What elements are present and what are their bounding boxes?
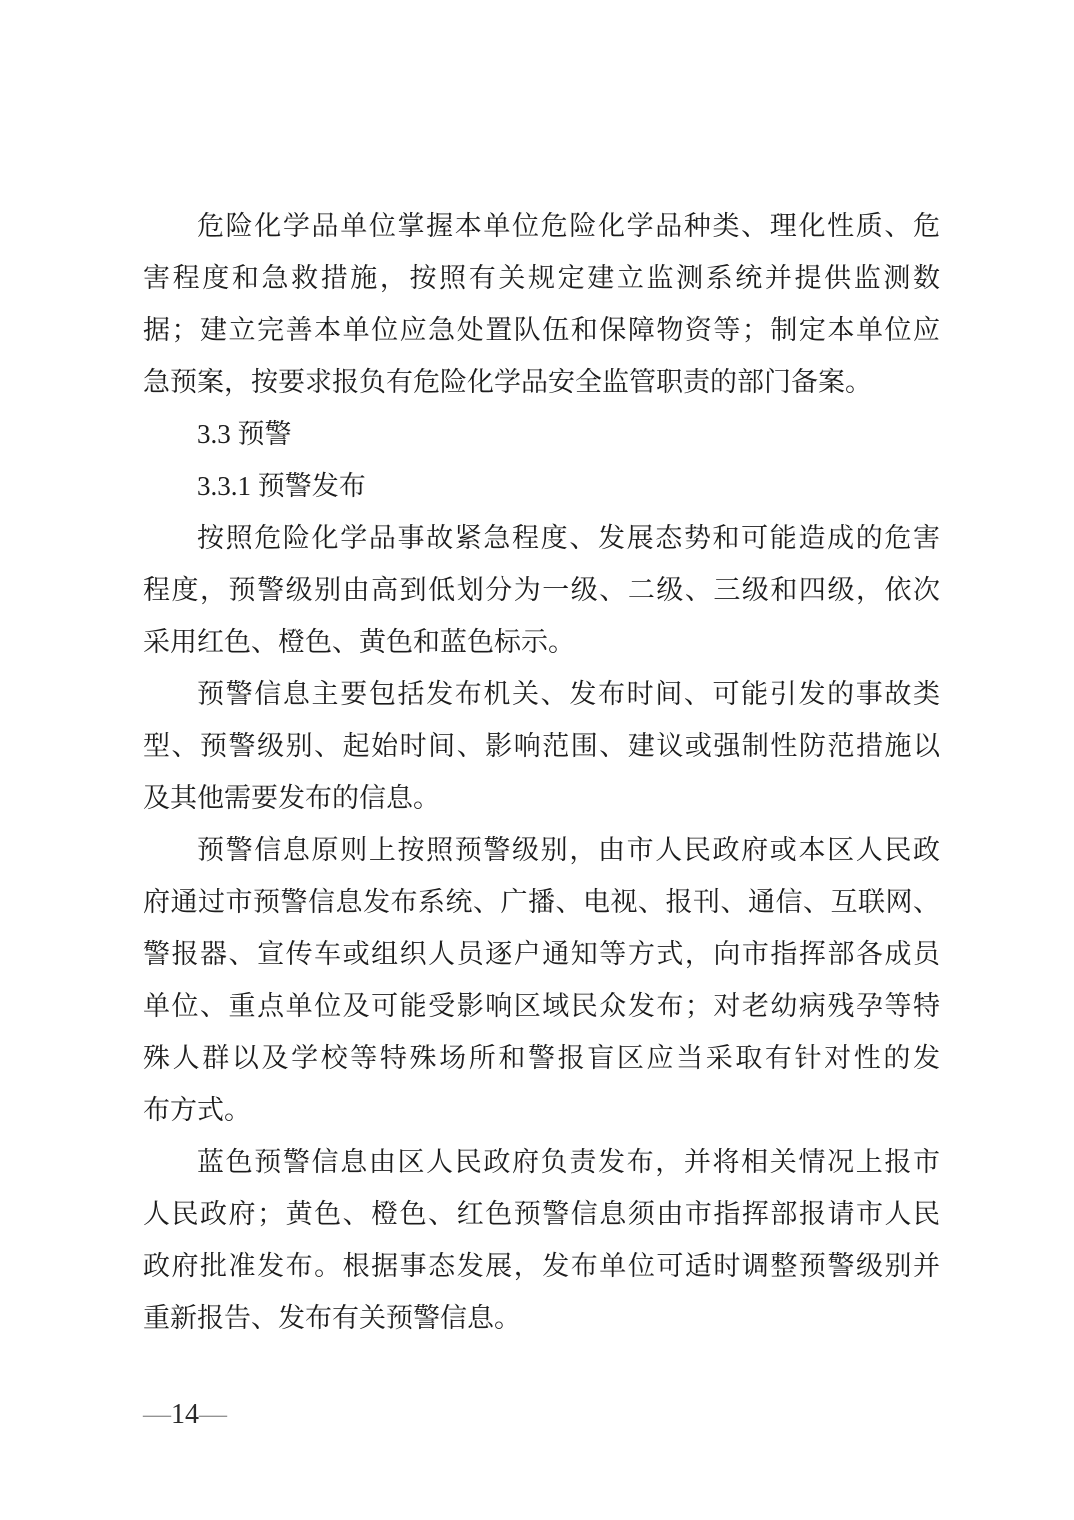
text-line: 害程度和急救措施，按照有关规定建立监测系统并提供监测数 bbox=[143, 252, 940, 304]
page-number-dash-right: — bbox=[199, 1399, 227, 1430]
text-line: 急预案，按要求报负有危险化学品安全监管职责的部门备案。 bbox=[143, 356, 940, 408]
text-line: 据；建立完善本单位应急处置队伍和保障物资等；制定本单位应 bbox=[143, 304, 940, 356]
text-line: 程度，预警级别由高到低划分为一级、二级、三级和四级，依次 bbox=[143, 564, 940, 616]
text-line: 单位、重点单位及可能受影响区域民众发布；对老幼病残孕等特 bbox=[143, 980, 940, 1032]
text-line: 按照危险化学品事故紧急程度、发展态势和可能造成的危害 bbox=[143, 512, 940, 564]
text-line: 府通过市预警信息发布系统、广播、电视、报刊、通信、互联网、 bbox=[143, 876, 940, 928]
text-line: 蓝色预警信息由区人民政府负责发布，并将相关情况上报市 bbox=[143, 1136, 940, 1188]
text-line: 型、预警级别、起始时间、影响范围、建议或强制性防范措施以 bbox=[143, 720, 940, 772]
text-line: 采用红色、橙色、黄色和蓝色标示。 bbox=[143, 616, 940, 668]
text-line: 3.3.1 预警发布 bbox=[143, 460, 940, 512]
document-page: 危险化学品单位掌握本单位危险化学品种类、理化性质、危害程度和急救措施，按照有关规… bbox=[0, 0, 1074, 1520]
text-line: 政府批准发布。根据事态发展，发布单位可适时调整预警级别并 bbox=[143, 1240, 940, 1292]
text-line: 殊人群以及学校等特殊场所和警报盲区应当采取有针对性的发 bbox=[143, 1032, 940, 1084]
text-line: 预警信息主要包括发布机关、发布时间、可能引发的事故类 bbox=[143, 668, 940, 720]
text-line: 3.3 预警 bbox=[143, 408, 940, 460]
text-line: 重新报告、发布有关预警信息。 bbox=[143, 1292, 940, 1344]
text-line: 人民政府；黄色、橙色、红色预警信息须由市指挥部报请市人民 bbox=[143, 1188, 940, 1240]
text-line: 预警信息原则上按照预警级别，由市人民政府或本区人民政 bbox=[143, 824, 940, 876]
text-line: 及其他需要发布的信息。 bbox=[143, 772, 940, 824]
text-line: 危险化学品单位掌握本单位危险化学品种类、理化性质、危 bbox=[143, 200, 940, 252]
page-number: 14 bbox=[171, 1399, 199, 1430]
text-line: 警报器、宣传车或组织人员逐户通知等方式，向市指挥部各成员 bbox=[143, 928, 940, 980]
page-footer: —14— bbox=[143, 1398, 227, 1432]
document-body: 危险化学品单位掌握本单位危险化学品种类、理化性质、危害程度和急救措施，按照有关规… bbox=[143, 200, 940, 1344]
text-line: 布方式。 bbox=[143, 1084, 940, 1136]
page-number-dash-left: — bbox=[143, 1399, 171, 1430]
